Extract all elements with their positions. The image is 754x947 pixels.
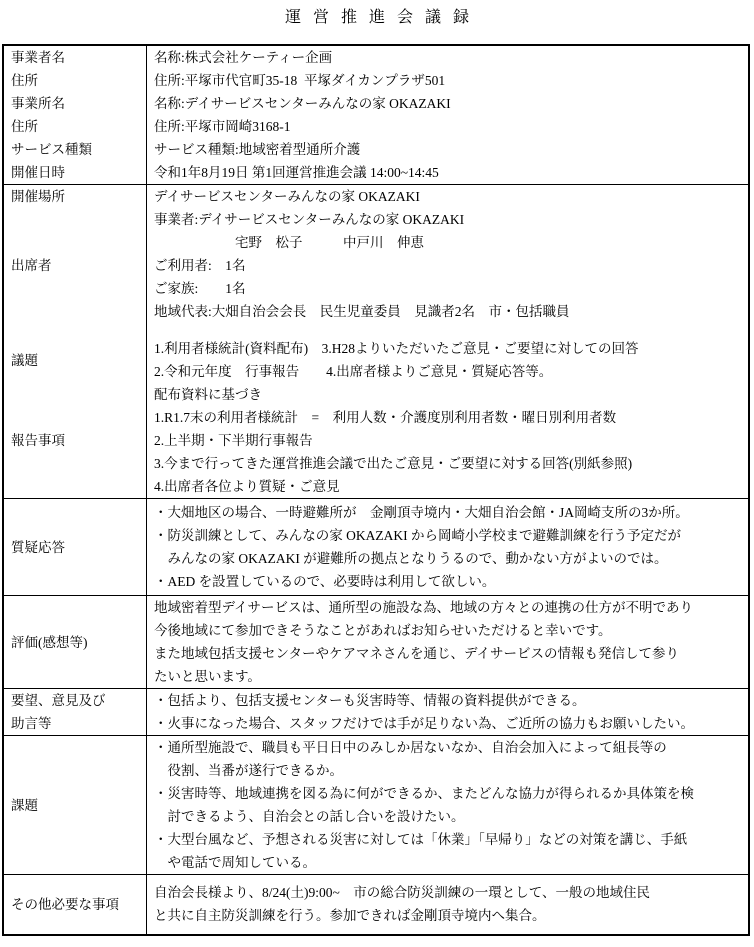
row-label: 開催日時 — [4, 161, 147, 184]
document-page: 運営推進会議録 事業者名 名称:株式会社ケーティー企画 住所 住所:平塚市代官町… — [0, 0, 754, 936]
content-line: デイサービスセンターみんなの家 OKAZAKI — [154, 185, 748, 208]
content-line: 今後地域にて参加できそうなことがあればお知らせいただけると幸いです。 — [154, 619, 748, 642]
content-line: 地域代表:大畑自治会会長 民生児童委員 見識者2名 市・包括職員 — [154, 300, 748, 323]
row-value: ・通所型施設で、職員も平日日中のみしか居ないなか、自治会加入によって組長等の 役… — [147, 736, 748, 874]
row-label: 住所 — [4, 69, 147, 92]
table-row: 住所 住所:平塚市岡崎3168-1 — [4, 115, 748, 138]
row-value: 事業者:デイサービスセンターみんなの家 OKAZAKI 宅野 松子 中戸川 伸恵… — [147, 208, 748, 323]
content-line: また地域包括支援センターやケアマネさんを通じ、デイサービスの情報も発信して参り — [154, 642, 748, 665]
section-other: その他必要な事項 自治会長様より、8/24(土)9:00~ 市の総合防災訓練の一… — [4, 874, 748, 934]
row-label: 報告事項 — [4, 383, 147, 498]
spacer-row — [4, 323, 748, 337]
row-value: 自治会長様より、8/24(土)9:00~ 市の総合防災訓練の一環として、一般の地… — [147, 875, 748, 934]
row-label: 事業者名 — [4, 46, 147, 69]
content-line: 事業者:デイサービスセンターみんなの家 OKAZAKI — [154, 208, 748, 231]
content-line: 2.上半期・下半期行事報告 — [154, 429, 748, 452]
row-label: その他必要な事項 — [4, 875, 147, 934]
table-row: 要望、意見及び 助言等 ・包括より、包括支援センターも災害時等、情報の資料提供が… — [4, 689, 748, 735]
content-line: 地域密着型デイサービスは、通所型の施設な為、地域の方々との連携の仕方が不明であり — [154, 596, 748, 619]
row-label: 開催場所 — [4, 185, 147, 208]
content-line: 2.令和元年度 行事報告 4.出席者様よりご意見・質疑応答等。 — [154, 360, 748, 383]
row-label: 事業所名 — [4, 92, 147, 115]
content-line: 宅野 松子 中戸川 伸恵 — [154, 231, 748, 254]
minutes-table: 事業者名 名称:株式会社ケーティー企画 住所 住所:平塚市代官町35-18 平塚… — [2, 44, 750, 936]
row-label: 出席者 — [4, 208, 147, 323]
table-row-reports: 報告事項 配布資料に基づき 1.R1.7末の利用者様統計 = 利用人数・介護度別… — [4, 383, 748, 498]
content-line: たいと思います。 — [154, 665, 748, 688]
section-meeting-body: 開催場所 デイサービスセンターみんなの家 OKAZAKI 出席者 事業者:デイサ… — [4, 184, 748, 498]
table-row: 評価(感想等) 地域密着型デイサービスは、通所型の施設な為、地域の方々との連携の… — [4, 596, 748, 688]
row-label: 評価(感想等) — [4, 596, 147, 688]
table-row: 事業者名 名称:株式会社ケーティー企画 — [4, 46, 748, 69]
content-line: ・大畑地区の場合、一時避難所が 金剛頂寺境内・大畑自治会館・JA岡崎支所の3か所… — [154, 501, 748, 524]
content-line: 3.今まで行ってきた運営推進会議で出たご意見・ご要望に対する回答(別紙参照) — [154, 452, 748, 475]
content-line: 役割、当番が遂行できるか。 — [154, 759, 748, 782]
row-label: 住所 — [4, 115, 147, 138]
content-line: ・包括より、包括支援センターも災害時等、情報の資料提供ができる。 — [154, 689, 748, 712]
content-line: 討できるよう、自治会との話し合いを設けたい。 — [154, 805, 748, 828]
section-qa: 質疑応答 ・大畑地区の場合、一時避難所が 金剛頂寺境内・大畑自治会館・JA岡崎支… — [4, 498, 748, 595]
section-operator-info: 事業者名 名称:株式会社ケーティー企画 住所 住所:平塚市代官町35-18 平塚… — [4, 46, 748, 184]
content-line: 自治会長様より、8/24(土)9:00~ 市の総合防災訓練の一環として、一般の地… — [154, 881, 748, 904]
content-line: ご利用者: 1名 — [154, 254, 748, 277]
content-line: 4.出席者各位より質疑・ご意見 — [154, 475, 748, 498]
table-row: その他必要な事項 自治会長様より、8/24(土)9:00~ 市の総合防災訓練の一… — [4, 875, 748, 934]
section-requests: 要望、意見及び 助言等 ・包括より、包括支援センターも災害時等、情報の資料提供が… — [4, 688, 748, 735]
row-value: 名称:株式会社ケーティー企画 — [147, 46, 748, 69]
table-row: 開催日時 令和1年8月19日 第1回運営推進会議 14:00~14:45 — [4, 161, 748, 184]
row-value: 名称:デイサービスセンターみんなの家 OKAZAKI — [147, 92, 748, 115]
content-line: 1.R1.7末の利用者様統計 = 利用人数・介護度別利用者数・曜日別利用者数 — [154, 406, 748, 429]
content-line: 1.利用者様統計(資料配布) 3.H28よりいただいたご意見・ご要望に対しての回… — [154, 337, 748, 360]
section-evaluation: 評価(感想等) 地域密着型デイサービスは、通所型の施設な為、地域の方々との連携の… — [4, 595, 748, 688]
content-line: や電話で周知している。 — [154, 851, 748, 874]
content-line: ・大型台風など、予想される災害に対しては「休業」「早帰り」などの対策を講じ、手紙 — [154, 828, 748, 851]
page-title: 運営推進会議録 — [0, 6, 754, 30]
row-value: デイサービスセンターみんなの家 OKAZAKI — [147, 185, 748, 208]
row-label: 議題 — [4, 337, 147, 383]
row-label: 課題 — [4, 736, 147, 874]
table-row-agenda: 議題 1.利用者様統計(資料配布) 3.H28よりいただいたご意見・ご要望に対し… — [4, 337, 748, 383]
row-value: ・大畑地区の場合、一時避難所が 金剛頂寺境内・大畑自治会館・JA岡崎支所の3か所… — [147, 499, 748, 595]
row-label: 要望、意見及び 助言等 — [4, 689, 147, 735]
content-line: ・防災訓練として、みんなの家 OKAZAKI から岡崎小学校まで避難訓練を行う予… — [154, 524, 748, 547]
table-row: 事業所名 名称:デイサービスセンターみんなの家 OKAZAKI — [4, 92, 748, 115]
table-row: サービス種類 サービス種類:地域密着型通所介護 — [4, 138, 748, 161]
table-row: 住所 住所:平塚市代官町35-18 平塚ダイカンプラザ501 — [4, 69, 748, 92]
content-line: ・AED を設置しているので、必要時は利用して欲しい。 — [154, 570, 748, 593]
row-value: 令和1年8月19日 第1回運営推進会議 14:00~14:45 — [147, 161, 748, 184]
content-line: ・災害時等、地域連携を図る為に何ができるか、またどんな協力が得られるか具体策を検 — [154, 782, 748, 805]
row-label: サービス種類 — [4, 138, 147, 161]
content-line: と共に自主防災訓練を行う。参加できれば金剛頂寺境内へ集合。 — [154, 904, 748, 927]
row-label — [4, 323, 147, 337]
row-value: ・包括より、包括支援センターも災害時等、情報の資料提供ができる。 ・火事になった… — [147, 689, 748, 735]
content-line: ・通所型施設で、職員も平日日中のみしか居ないなか、自治会加入によって組長等の — [154, 736, 748, 759]
row-value: 配布資料に基づき 1.R1.7末の利用者様統計 = 利用人数・介護度別利用者数・… — [147, 383, 748, 498]
row-value: サービス種類:地域密着型通所介護 — [147, 138, 748, 161]
content-line: 配布資料に基づき — [154, 383, 748, 406]
section-issues: 課題 ・通所型施設で、職員も平日日中のみしか居ないなか、自治会加入によって組長等… — [4, 735, 748, 874]
row-value: 住所:平塚市岡崎3168-1 — [147, 115, 748, 138]
row-value: 1.利用者様統計(資料配布) 3.H28よりいただいたご意見・ご要望に対しての回… — [147, 337, 748, 383]
row-value: 住所:平塚市代官町35-18 平塚ダイカンプラザ501 — [147, 69, 748, 92]
content-line: ご家族: 1名 — [154, 277, 748, 300]
row-value — [147, 323, 748, 337]
content-line: みんなの家 OKAZAKI が避難所の拠点となりうるので、動かない方がよいのでは… — [154, 547, 748, 570]
row-value: 地域密着型デイサービスは、通所型の施設な為、地域の方々との連携の仕方が不明であり… — [147, 596, 748, 688]
table-row: 課題 ・通所型施設で、職員も平日日中のみしか居ないなか、自治会加入によって組長等… — [4, 736, 748, 874]
content-line: ・火事になった場合、スタッフだけでは手が足りない為、ご近所の協力もお願いしたい。 — [154, 712, 748, 735]
table-row-venue: 開催場所 デイサービスセンターみんなの家 OKAZAKI — [4, 185, 748, 208]
table-row-attendees: 出席者 事業者:デイサービスセンターみんなの家 OKAZAKI 宅野 松子 中戸… — [4, 208, 748, 323]
row-label: 質疑応答 — [4, 499, 147, 595]
table-row: 質疑応答 ・大畑地区の場合、一時避難所が 金剛頂寺境内・大畑自治会館・JA岡崎支… — [4, 499, 748, 595]
